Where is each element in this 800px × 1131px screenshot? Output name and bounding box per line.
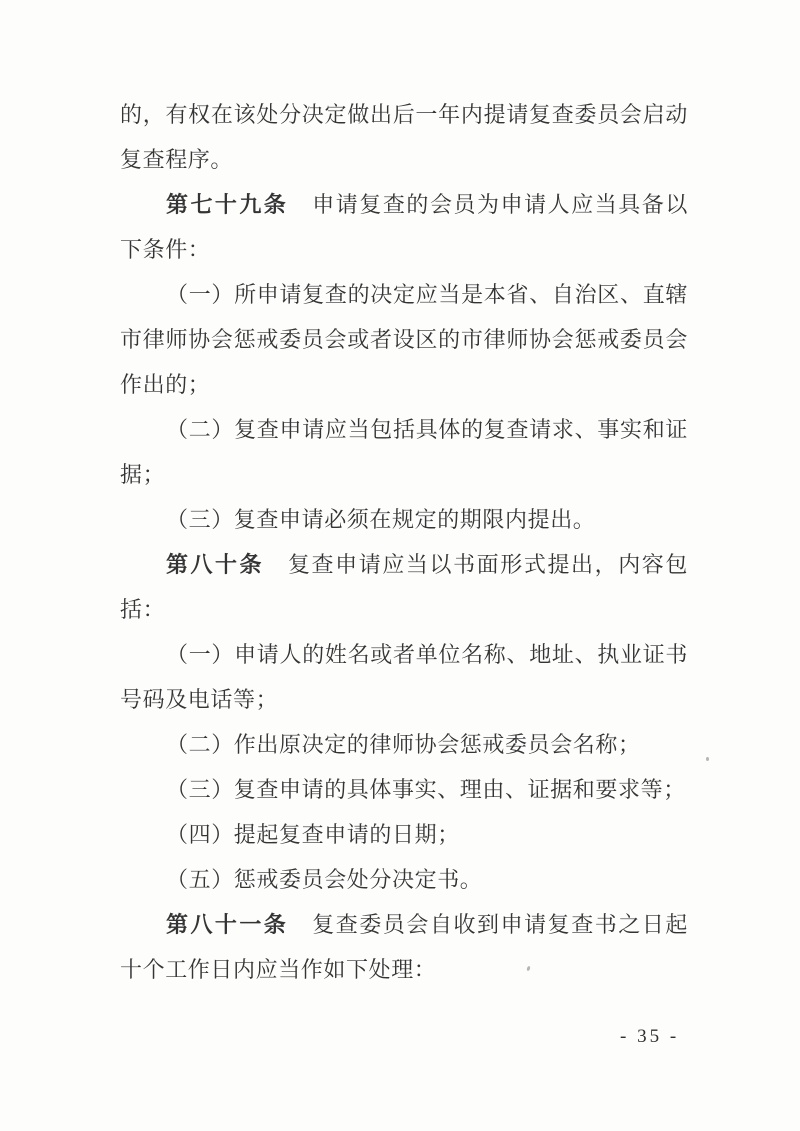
paragraph-text: （三）复查申请的具体事实、理由、证据和要求等；	[166, 777, 686, 802]
paragraph-item-3: （三）复查申请的具体事实、理由、证据和要求等；	[120, 767, 688, 812]
paragraph-item-2: （二）复查申请应当包括具体的复查请求、事实和证据；	[120, 407, 688, 497]
page-number: - 35 -	[620, 1026, 679, 1048]
paragraph-text: （一）申请人的姓名或者单位名称、地址、执业证书号码及电话等；	[120, 642, 688, 712]
scan-speck	[706, 757, 709, 761]
article-number: 第八十一条	[166, 912, 288, 937]
article-number: 第七十九条	[166, 192, 288, 217]
paragraph-text: （五）惩戒委员会处分决定书。	[166, 867, 482, 892]
paragraph-article-80: 第八十条复查申请应当以书面形式提出，内容包括：	[120, 542, 688, 632]
paragraph-article-79: 第七十九条申请复查的会员为申请人应当具备以下条件：	[120, 182, 688, 272]
paragraph-item-3: （三）复查申请必须在规定的期限内提出。	[120, 497, 688, 542]
paragraph-item-2: （二）作出原决定的律师协会惩戒委员会名称；	[120, 722, 688, 767]
paragraph-text: （二）复查申请应当包括具体的复查请求、事实和证据；	[120, 417, 688, 487]
document-body: 的，有权在该处分决定做出后一年内提请复查委员会启动复查程序。 第七十九条申请复查…	[120, 92, 688, 992]
article-number: 第八十条	[166, 552, 264, 577]
paragraph-item-4: （四）提起复查申请的日期；	[120, 812, 688, 857]
paragraph-text: 的，有权在该处分决定做出后一年内提请复查委员会启动复查程序。	[120, 102, 688, 172]
paragraph-item-5: （五）惩戒委员会处分决定书。	[120, 857, 688, 902]
paragraph-item-1: （一）申请人的姓名或者单位名称、地址、执业证书号码及电话等；	[120, 632, 688, 722]
paragraph-text: （二）作出原决定的律师协会惩戒委员会名称；	[166, 732, 641, 757]
scanned-document-page: 的，有权在该处分决定做出后一年内提请复查委员会启动复查程序。 第七十九条申请复查…	[0, 0, 800, 1131]
paragraph: 的，有权在该处分决定做出后一年内提请复查委员会启动复查程序。	[120, 92, 688, 182]
paragraph-text: （一）所申请复查的决定应当是本省、自治区、直辖市律师协会惩戒委员会或者设区的市律…	[120, 282, 688, 397]
paragraph-text: （三）复查申请必须在规定的期限内提出。	[166, 507, 595, 532]
paragraph-item-1: （一）所申请复查的决定应当是本省、自治区、直辖市律师协会惩戒委员会或者设区的市律…	[120, 272, 688, 407]
paragraph-text: （四）提起复查申请的日期；	[166, 822, 460, 847]
paragraph-article-81: 第八十一条复查委员会自收到申请复查书之日起十个工作日内应当作如下处理：	[120, 902, 688, 992]
